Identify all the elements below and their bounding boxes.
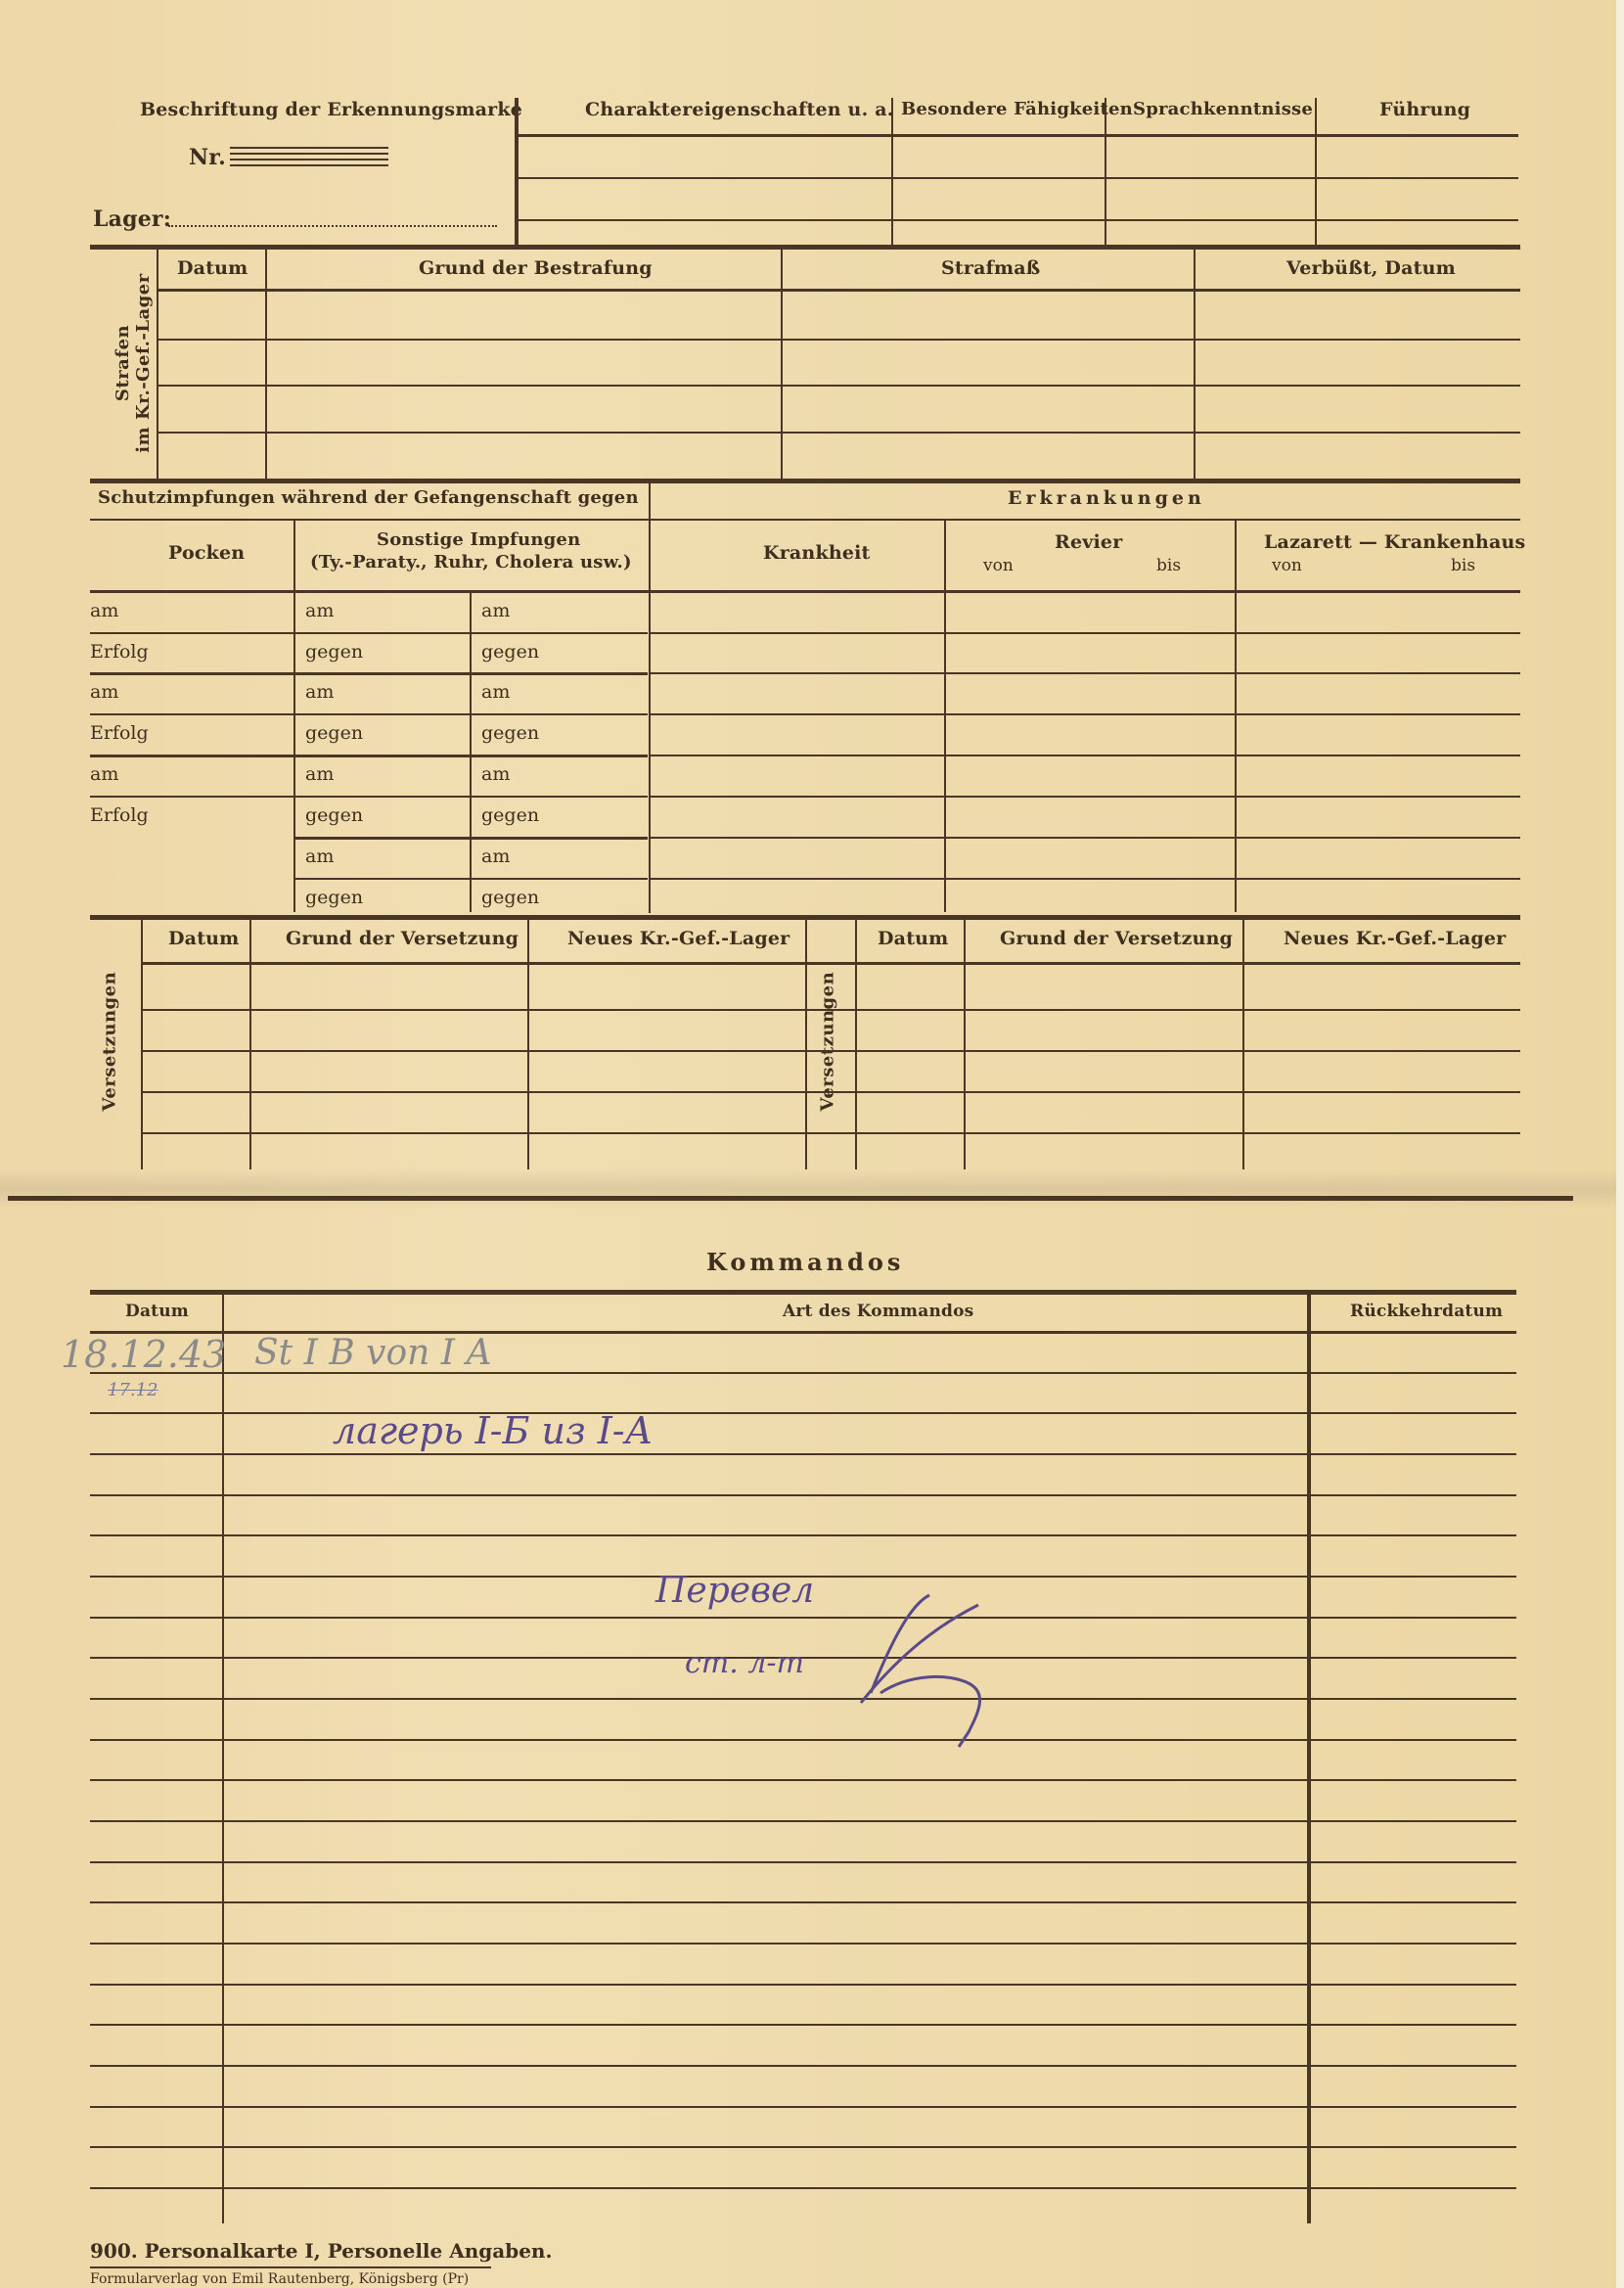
rule	[90, 2065, 1516, 2067]
strafen-side-line2: im Kr.-Gef.-Lager	[133, 265, 154, 461]
rule	[519, 219, 1518, 221]
pocken-row-0: am	[90, 602, 118, 620]
vers-right-col-lager: Neues Kr.-Gef.-Lager	[1284, 930, 1506, 948]
rule	[90, 1739, 1516, 1741]
rule	[141, 1009, 1520, 1011]
fuehrung-label: Führung	[1379, 101, 1470, 119]
rule	[90, 2187, 1516, 2189]
erkrankungen-title: Erkrankungen	[1008, 489, 1205, 508]
rule	[651, 755, 1520, 756]
kommandos-title: Kommandos	[706, 1251, 904, 1274]
rule	[90, 2146, 1516, 2148]
versetzungen-side-label-right: Versetzungen	[818, 994, 838, 1112]
rule	[293, 837, 648, 840]
rule	[90, 1779, 1516, 1781]
sprachen-label: Sprachkenntnisse	[1133, 101, 1313, 118]
rule	[90, 519, 1520, 521]
lazarett-von: von	[1272, 558, 1302, 574]
sonstige-a-3: gegen	[305, 724, 363, 743]
impfungen-col-pocken: Pocken	[168, 544, 245, 563]
divider	[1307, 1294, 1311, 2223]
vers-left-col-grund: Grund der Versetzung	[286, 930, 519, 948]
sonstige-a-1: gegen	[305, 643, 363, 662]
pocken-row-5: Erfolg	[90, 806, 149, 825]
strafen-col-grund: Grund der Bestrafung	[419, 259, 653, 278]
rule	[90, 1820, 1516, 1822]
kommando-entry-0-art: St I B von I A	[254, 1333, 491, 1373]
rule	[90, 590, 1520, 593]
rule	[651, 837, 1520, 839]
nr-label: Nr.	[189, 147, 226, 168]
section-rule	[90, 245, 1520, 250]
divider	[891, 98, 893, 245]
rule	[651, 713, 1520, 715]
sonstige-a-6: am	[305, 847, 334, 866]
pocken-row-1: Erfolg	[90, 643, 149, 662]
sonstige-a-4: am	[305, 765, 334, 784]
rule	[293, 878, 648, 880]
sonstige-a-2: am	[305, 683, 334, 702]
rule	[157, 339, 1520, 341]
sonstige-b-6: am	[481, 847, 510, 866]
rule	[90, 1943, 1516, 1945]
kommandos-col-datum: Datum	[125, 1304, 189, 1320]
erkrankungen-col-revier: Revier	[1055, 533, 1122, 552]
sonstige-b-2: am	[481, 683, 510, 702]
vers-right-col-datum: Datum	[878, 930, 948, 948]
rule	[90, 2106, 1516, 2108]
rule	[90, 1698, 1516, 1700]
pocken-row-4: am	[90, 765, 118, 784]
rule	[90, 1901, 1516, 1903]
sonstige-a-5: gegen	[305, 806, 363, 825]
impfungen-col-sonstige-1: Sonstige Impfungen	[377, 531, 580, 549]
paper-fold	[0, 1169, 1624, 1209]
rule	[651, 632, 1520, 634]
rule	[90, 1617, 1516, 1619]
signature-line1: Перевел	[655, 1571, 814, 1611]
footer-rule	[90, 2266, 491, 2268]
pocken-row-3: Erfolg	[90, 724, 149, 743]
rule	[141, 1132, 1520, 1134]
lager-field[interactable]	[168, 225, 497, 227]
rule	[157, 289, 1520, 292]
sonstige-a-7: gegen	[305, 889, 363, 907]
kommando-entry-0-datum-struck: 17.12	[108, 1380, 158, 1400]
faehigkeiten-label: Besondere Fähigkeiten	[901, 101, 1133, 118]
nr-lines	[230, 147, 388, 176]
rule	[157, 385, 1520, 387]
signature-scribble	[841, 1585, 1017, 1752]
rule	[90, 1412, 1516, 1414]
rule	[90, 672, 648, 675]
publisher: Formularverlag von Emil Rautenberg, Köni…	[90, 2272, 469, 2286]
rule	[90, 1494, 1516, 1496]
rule	[141, 1050, 1520, 1052]
rule	[90, 2024, 1516, 2026]
lazarett-bis: bis	[1451, 558, 1475, 574]
rule	[90, 1534, 1516, 1536]
divider	[781, 249, 783, 479]
document-paper	[0, 0, 1624, 2288]
sonstige-b-1: gegen	[481, 643, 539, 662]
rule	[90, 1861, 1516, 1863]
impfungen-title: Schutzimpfungen während der Gefangenscha…	[98, 489, 639, 507]
rule	[90, 1453, 1516, 1455]
rule	[141, 1091, 1520, 1093]
vers-left-col-lager: Neues Kr.-Gef.-Lager	[567, 930, 789, 948]
revier-bis: bis	[1156, 558, 1181, 574]
lager-label: Lager:	[93, 208, 171, 230]
kommando-entry-0-datum: 18.12.43	[61, 1333, 226, 1376]
divider	[1235, 521, 1237, 912]
rule	[157, 432, 1520, 434]
rule	[651, 672, 1520, 674]
strafen-col-verbuesst: Verbüßt, Datum	[1286, 259, 1456, 278]
rule	[141, 962, 1520, 965]
sonstige-b-4: am	[481, 765, 510, 784]
kommando-entry-1-art: лагерь I-Б из I-А	[333, 1409, 653, 1452]
rule	[90, 1984, 1516, 1986]
pocken-row-2: am	[90, 683, 118, 702]
rule	[519, 177, 1518, 179]
rule	[90, 796, 648, 798]
divider	[265, 249, 267, 479]
rule	[90, 755, 648, 757]
sonstige-b-7: gegen	[481, 889, 539, 907]
divider	[470, 593, 472, 912]
impfungen-col-sonstige-2: (Ty.-Paraty., Ruhr, Cholera usw.)	[310, 554, 632, 572]
erkennungsmarke-label: Beschriftung der Erkennungsmarke	[140, 101, 522, 119]
strafen-side-line1: Strafen	[113, 265, 133, 461]
kommandos-col-art: Art des Kommandos	[783, 1304, 973, 1320]
erkrankungen-col-lazarett: Lazarett — Krankenhaus	[1264, 533, 1525, 552]
strafen-col-datum: Datum	[177, 259, 248, 278]
fold-rule	[8, 1196, 1573, 1201]
strafen-col-strafmass: Strafmaß	[941, 259, 1040, 278]
divider	[649, 482, 651, 913]
vers-left-col-datum: Datum	[168, 930, 239, 948]
section-rule	[90, 1290, 1516, 1295]
vers-right-col-grund: Grund der Versetzung	[1000, 930, 1233, 948]
sonstige-b-5: gegen	[481, 806, 539, 825]
form-title: 900. Personalkarte I, Personelle Angaben…	[90, 2241, 552, 2261]
rule	[651, 878, 1520, 880]
versetzungen-side-label-left: Versetzungen	[100, 994, 120, 1112]
divider	[515, 98, 519, 245]
divider	[1194, 249, 1195, 479]
strafen-side-label: Strafen im Kr.-Gef.-Lager	[113, 265, 154, 461]
divider	[944, 521, 946, 912]
rule	[90, 713, 648, 715]
divider	[157, 249, 158, 479]
sonstige-a-0: am	[305, 602, 334, 620]
sonstige-b-0: am	[481, 602, 510, 620]
divider	[222, 1294, 224, 2223]
charakter-label: Charaktereigenschaften u. a.	[585, 101, 894, 119]
rule	[519, 134, 1518, 137]
signature-line2: ст. л-т	[685, 1646, 804, 1680]
rule	[90, 632, 648, 634]
divider	[293, 521, 295, 912]
divider	[1315, 98, 1317, 245]
rule	[651, 796, 1520, 798]
divider	[1105, 98, 1106, 245]
kommandos-col-rueckkehr: Rückkehrdatum	[1350, 1304, 1503, 1320]
erkrankungen-col-krankheit: Krankheit	[763, 544, 871, 563]
section-rule	[90, 479, 1520, 483]
paper-edge	[1616, 0, 1624, 2288]
revier-von: von	[983, 558, 1014, 574]
sonstige-b-3: gegen	[481, 724, 539, 743]
